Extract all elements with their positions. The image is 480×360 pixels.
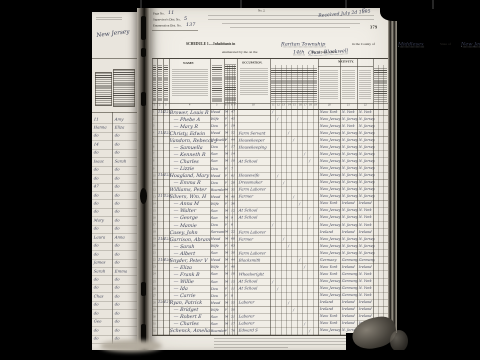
enumeration-day: 14th xyxy=(293,49,304,55)
book-gutter xyxy=(137,8,151,350)
left-entry-cell: do xyxy=(94,176,99,180)
scanned-census-page: New Jersey 11AmyHannaElizadodo14dododoIs… xyxy=(0,0,480,360)
state-label: State of xyxy=(440,42,451,46)
left-entry-cell: Emma xyxy=(115,269,128,273)
left-entry-cell: Eliza xyxy=(115,125,125,129)
left-entry-cell: Sarah xyxy=(94,269,106,273)
left-entry-cell: Chas xyxy=(94,294,104,298)
fine-print-line xyxy=(96,17,122,20)
left-entry-cell: do xyxy=(94,133,99,137)
page-stack-edge xyxy=(388,8,397,338)
left-entry-cell: Sarah xyxy=(115,159,127,163)
left-page-rows: 11AmyHannaElizadodo14dododoIsaacSarahdod… xyxy=(92,116,137,344)
column-subline xyxy=(275,65,276,335)
page-curl xyxy=(390,330,408,352)
left-page-row: dodo xyxy=(92,226,137,234)
rule xyxy=(92,112,137,113)
left-page-row: IsaacSarah xyxy=(92,158,137,166)
left-entry-cell: do xyxy=(115,285,120,289)
enumeration-district-label: Enumeration Dist. No. xyxy=(153,24,182,28)
left-entry-cell: do xyxy=(94,277,99,281)
left-page-row: dodo xyxy=(92,175,137,183)
left-entry-cell: do xyxy=(94,311,99,315)
left-entry-cell: do xyxy=(115,260,120,264)
left-entry-cell: do xyxy=(94,193,99,197)
left-entry-cell: do xyxy=(94,302,99,306)
left-page-row: HannaEliza xyxy=(92,124,137,132)
left-entry-cell: James xyxy=(94,260,106,264)
supervisor-district-value: 5 xyxy=(184,16,187,22)
left-page-row: dodo xyxy=(92,167,137,175)
column-line xyxy=(112,112,113,344)
column-line xyxy=(169,59,170,335)
left-entry-cell: Amy xyxy=(115,117,124,121)
column-line xyxy=(318,59,319,335)
left-page-row: dodo xyxy=(92,209,137,217)
left-entry-cell: do xyxy=(94,226,99,230)
binding-mark xyxy=(141,48,146,57)
table-column-lines xyxy=(152,59,388,335)
footnote-line xyxy=(214,338,364,340)
left-entry-cell: do xyxy=(115,243,120,247)
scan-streak xyxy=(432,0,434,9)
left-page-row: dodo xyxy=(92,276,137,284)
column-subline xyxy=(297,65,298,335)
state-value: New Jersey xyxy=(461,41,480,47)
left-entry-cell: do xyxy=(94,167,99,171)
form-number: No. 2. xyxy=(258,9,265,12)
page-number-value: 11 xyxy=(168,10,174,16)
left-entry-cell: do xyxy=(94,201,99,205)
column-line xyxy=(152,59,153,335)
left-entry-cell: do xyxy=(115,218,120,222)
column-subline xyxy=(307,65,308,335)
county-value: Middlesex xyxy=(398,41,424,47)
left-page-row: dodo xyxy=(92,310,137,318)
left-page-row: dodo xyxy=(92,200,137,208)
left-entry-cell: do xyxy=(94,252,99,256)
left-entry-cell: 14 xyxy=(94,142,99,146)
left-entry-cell: do xyxy=(115,319,120,323)
bottom-edge-smudge xyxy=(100,340,162,352)
left-entry-cell: do xyxy=(115,167,120,171)
column-subline xyxy=(229,65,230,335)
page-number-label: Page No. xyxy=(153,12,165,16)
column-subline xyxy=(281,65,282,335)
fine-print-line xyxy=(222,23,360,25)
left-page-sliver: New Jersey 11AmyHannaElizadodo14dododoIs… xyxy=(92,12,137,350)
left-page-row: Geodo xyxy=(92,319,137,327)
left-entry-cell: do xyxy=(94,328,99,332)
column-subline xyxy=(302,65,303,335)
left-entry-cell: do xyxy=(115,226,120,230)
left-entry-cell: do xyxy=(115,252,120,256)
column-line xyxy=(210,59,211,335)
left-entry-cell: do xyxy=(115,133,120,137)
left-page-row: Marydo xyxy=(92,217,137,225)
left-page-row: LauraAnna xyxy=(92,234,137,242)
census-table: NAME OCCUPATION. NATIVITY. 1234567891011… xyxy=(152,58,388,336)
left-entry-cell: do xyxy=(115,142,120,146)
census-form-page: Page No. 11 Supervisor's Dist. No. 5 Enu… xyxy=(150,8,390,350)
left-page-row: dodo xyxy=(92,192,137,200)
left-page-row: dodo xyxy=(92,243,137,251)
left-page-row: dodo xyxy=(92,150,137,158)
left-page-row: 14do xyxy=(92,141,137,149)
left-entry-cell: Laura xyxy=(94,235,106,239)
left-entry-cell: do xyxy=(115,209,120,213)
binding-mark xyxy=(140,188,147,204)
left-entry-cell: do xyxy=(115,150,120,154)
column-line xyxy=(373,59,374,335)
left-page-row: dodo xyxy=(92,327,137,335)
column-line xyxy=(270,59,271,335)
left-entry-cell: do xyxy=(94,243,99,247)
left-entry-cell: 11 xyxy=(94,117,99,121)
left-page-row: 11Amy xyxy=(92,116,137,124)
left-page-row: dodo xyxy=(92,251,137,259)
left-entry-cell: Geo xyxy=(94,319,102,323)
binding-mark xyxy=(141,282,146,296)
enumerated-prefix: enumerated by me on the xyxy=(222,50,257,54)
left-entry-cell: 47 xyxy=(94,184,99,188)
fine-print-line xyxy=(230,27,350,29)
left-entry-cell: do xyxy=(115,311,120,315)
left-page-row: dodo xyxy=(92,302,137,310)
column-line xyxy=(224,59,225,335)
left-entry-cell: do xyxy=(94,209,99,213)
left-entry-cell: Mary xyxy=(94,218,105,222)
column-line xyxy=(237,59,238,335)
left-entry-cell: Anna xyxy=(115,235,125,239)
left-entry-cell: do xyxy=(115,294,120,298)
column-line xyxy=(340,59,341,335)
binding-mark xyxy=(141,92,146,106)
column-subline xyxy=(313,65,314,335)
rule xyxy=(92,58,137,59)
column-subline xyxy=(232,65,233,335)
bottom-letterbox xyxy=(0,350,480,360)
left-entry-cell: do xyxy=(115,302,120,306)
column-line xyxy=(163,59,164,335)
column-line xyxy=(357,59,358,335)
column-header-box xyxy=(95,72,112,106)
left-entry-cell: do xyxy=(94,285,99,289)
left-page-row: 47do xyxy=(92,184,137,192)
left-page-script-note: New Jersey xyxy=(96,28,130,38)
stamp-number: 379 xyxy=(370,25,377,30)
left-entry-cell: Hanna xyxy=(94,125,107,129)
column-subline xyxy=(227,65,228,335)
column-line xyxy=(157,59,158,335)
column-subline xyxy=(234,65,235,335)
left-entry-cell: do xyxy=(115,328,120,332)
footnote-line xyxy=(214,344,356,346)
left-page-row: Chasdo xyxy=(92,293,137,301)
left-page-row: dodo xyxy=(92,133,137,141)
left-page-row: dodo xyxy=(92,285,137,293)
column-subline xyxy=(383,65,384,335)
left-entry-cell: do xyxy=(115,176,120,180)
district-block-rule xyxy=(152,30,198,31)
column-header-box xyxy=(113,69,135,107)
left-entry-cell: do xyxy=(115,277,120,281)
left-entry-cell: do xyxy=(115,201,120,205)
left-entry-cell: do xyxy=(115,184,120,188)
enumeration-district-value: 137 xyxy=(186,22,195,28)
column-subline xyxy=(286,65,287,335)
footnote-line xyxy=(214,347,288,349)
supervisor-district-label: Supervisor's Dist. No. xyxy=(153,18,181,22)
left-entry-cell: do xyxy=(94,336,99,340)
left-page-row: Jamesdo xyxy=(92,260,137,268)
left-entry-cell: do xyxy=(115,193,120,197)
column-subline xyxy=(378,65,379,335)
left-entry-cell: Isaac xyxy=(94,159,105,163)
left-page-row: SarahEmma xyxy=(92,268,137,276)
left-entry-cell: do xyxy=(94,150,99,154)
column-subline xyxy=(291,65,292,335)
fine-print-line xyxy=(208,19,374,21)
binding-mark xyxy=(141,16,146,40)
